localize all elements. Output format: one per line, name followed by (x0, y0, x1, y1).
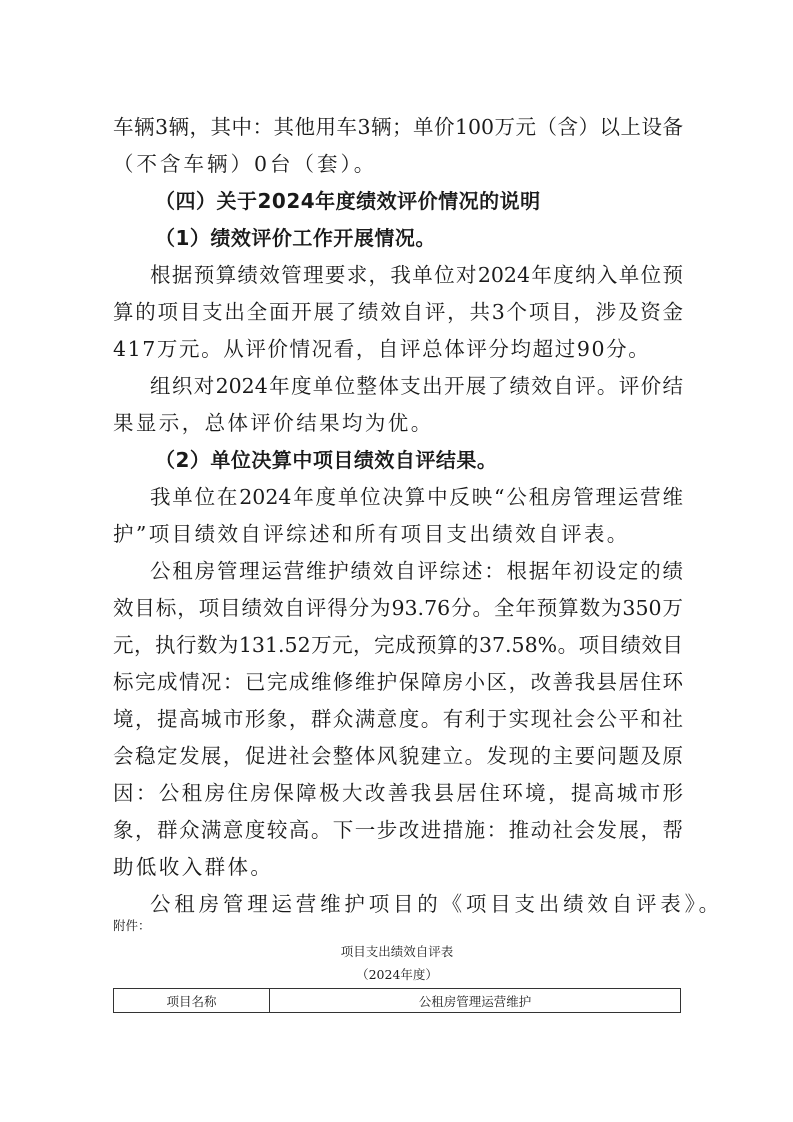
body-line: 助低收入群体。 (113, 852, 683, 882)
document-page: 车辆3辆，其中：其他用车3辆；单价100万元（含）以上设备 （不含车辆）0台（套… (0, 0, 793, 1122)
body-line: 效目标，项目绩效自评得分为93.76分。全年预算数为350万 (113, 593, 683, 623)
table-row: 项目名称 公租房管理运营维护 (114, 989, 681, 1013)
body-line: 护”项目绩效自评综述和所有项目支出绩效自评表。 (113, 519, 683, 549)
body-line: 组织对2024年度单位整体支出开展了绩效自评。评价结 (150, 371, 683, 401)
section-heading: （四）关于2024年度绩效评价情况的说明 (155, 186, 725, 216)
body-line: 会稳定发展，促进社会整体风貌建立。发现的主要问题及原 (113, 741, 683, 771)
table-title: 项目支出绩效自评表 (113, 944, 681, 960)
body-line: 算的项目支出全面开展了绩效自评，共3个项目，涉及资金 (113, 297, 683, 327)
body-line: 元，执行数为131.52万元，完成预算的37.58%。项目绩效目 (113, 630, 683, 660)
body-line: 公租房管理运营维护绩效自评综述：根据年初设定的绩 (150, 556, 683, 586)
body-line: 象，群众满意度较高。下一步改进措施：推动社会发展，帮 (113, 815, 683, 845)
table-cell-value: 公租房管理运营维护 (270, 989, 681, 1013)
body-line: 我单位在2024年度单位决算中反映“公租房管理运营维 (150, 482, 683, 512)
evaluation-table: 项目名称 公租房管理运营维护 (113, 988, 681, 1013)
body-line: （不含车辆）0台（套）。 (113, 149, 683, 179)
attachment-label: 附件： (113, 918, 151, 934)
table-subtitle: （2024年度） (113, 967, 681, 983)
subsection-heading: （2）单位决算中项目绩效自评结果。 (155, 445, 725, 475)
body-line: 果显示，总体评价结果均为优。 (113, 408, 683, 438)
subsection-heading: （1）绩效评价工作开展情况。 (155, 223, 725, 253)
table-cell-label: 项目名称 (114, 989, 270, 1013)
body-line: 公租房管理运营维护项目的《项目支出绩效自评表》。 (150, 889, 683, 919)
body-line: 417万元。从评价情况看，自评总体评分均超过90分。 (113, 334, 683, 364)
body-line: 境，提高城市形象，群众满意度。有利于实现社会公平和社 (113, 704, 683, 734)
body-line: 因：公租房住房保障极大改善我县居住环境，提高城市形 (113, 778, 683, 808)
body-line: 车辆3辆，其中：其他用车3辆；单价100万元（含）以上设备 (113, 112, 683, 142)
body-line: 根据预算绩效管理要求，我单位对2024年度纳入单位预 (150, 260, 683, 290)
body-line: 标完成情况：已完成维修维护保障房小区，改善我县居住环 (113, 667, 683, 697)
